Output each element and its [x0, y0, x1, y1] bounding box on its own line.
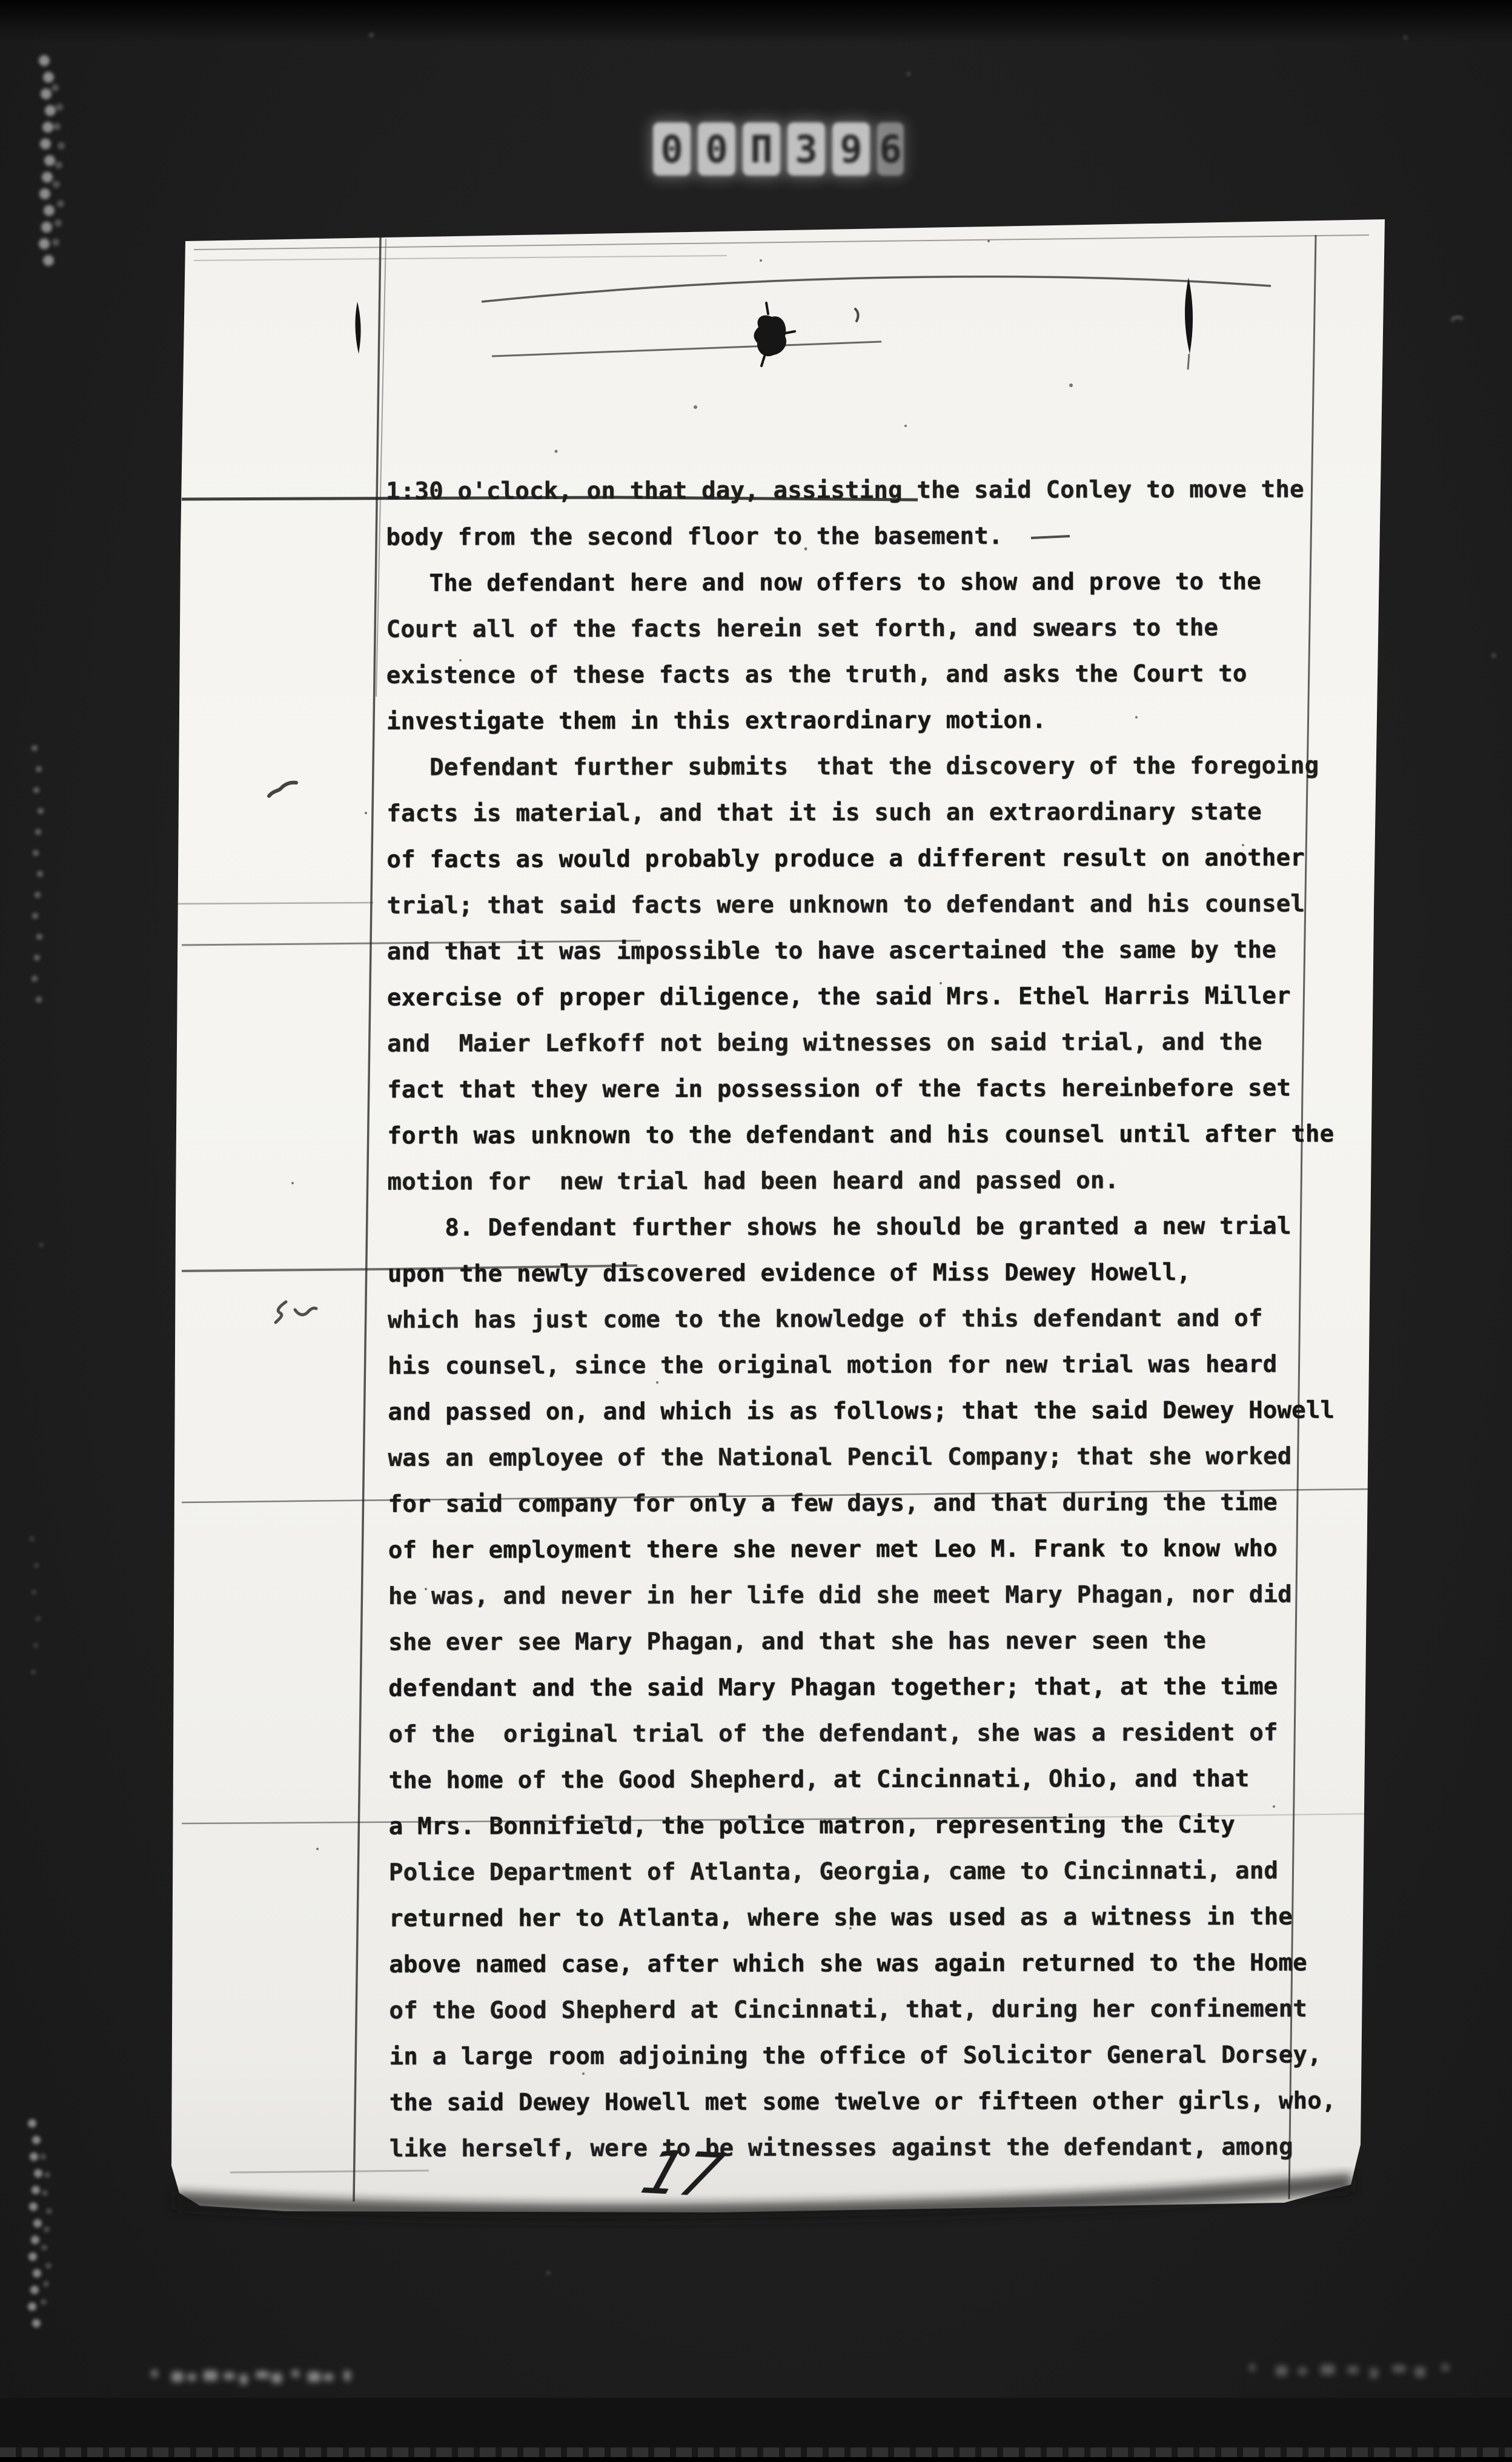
typewritten-line: trial; that said facts were unknown to d… — [386, 881, 1368, 929]
typewritten-line: his counsel, since the original motion f… — [388, 1341, 1369, 1389]
top-edge-line-2 — [194, 256, 727, 260]
right-teardrop-tail — [1188, 354, 1189, 370]
film-edge-streaks — [28, 55, 65, 2328]
typewritten-line: for said company for only a few days, an… — [388, 1479, 1370, 1527]
typewritten-line: a Mrs. Bonnifield, the police matron, re… — [389, 1802, 1370, 1850]
typewritten-line: Police Department of Atlanta, Georgia, c… — [389, 1848, 1370, 1896]
typewritten-text: 1:30 o'clock, on that day, assisting the… — [386, 466, 1371, 2172]
typewritten-line: Court all of the facts herein set forth,… — [386, 605, 1368, 652]
typewritten-line: was an employee of the National Pencil C… — [388, 1433, 1369, 1481]
left-margin-rule — [354, 237, 380, 2202]
typewritten-line: body from the second floor to the baseme… — [386, 513, 1367, 560]
film-white-squiggle — [1451, 317, 1462, 321]
typewritten-line: the home of the Good Shepherd, at Cincin… — [389, 1756, 1370, 1803]
typewritten-line: which has just come to the knowledge of … — [388, 1295, 1369, 1343]
typewritten-line: returned her to Atlanta, where she was u… — [389, 1894, 1370, 1942]
typewritten-line: 1:30 o'clock, on that day, assisting the… — [386, 466, 1367, 514]
pencil-check-mark-2b — [295, 1308, 316, 1315]
typewritten-line: and that it was impossible to have ascer… — [387, 927, 1368, 975]
typewritten-line: investigate them in this extraordinary m… — [386, 697, 1368, 745]
ink-blob-spike-bottom — [761, 356, 764, 366]
page-bottom-fuzz — [174, 2182, 1352, 2213]
typewritten-line: The defendant here and now offers to sho… — [386, 559, 1367, 606]
typewritten-line: in a large room adjoining the office of … — [389, 2032, 1370, 2080]
left-teardrop-mark — [355, 302, 360, 354]
small-hook-mark — [855, 309, 858, 321]
typewritten-line: existence of these facts as the truth, a… — [386, 651, 1368, 698]
typewritten-line: of the Good Shepherd at Cincinnati, that… — [389, 1986, 1370, 2034]
typewritten-line: above named case, after which she was ag… — [389, 1940, 1370, 1988]
typewritten-line: of facts as would probably produce a dif… — [386, 835, 1368, 883]
typewritten-line: 8. Defendant further shows he should be … — [388, 1203, 1369, 1251]
typewritten-line: forth was unknown to the defendant and h… — [387, 1111, 1368, 1159]
typewritten-line: exercise of proper diligence, the said M… — [387, 973, 1368, 1021]
typewritten-line: like herself, were to be witnesses again… — [390, 2124, 1371, 2172]
typewritten-line: of her employment there she never met Le… — [388, 1525, 1370, 1573]
pencil-check-mark-1 — [269, 783, 296, 796]
typewritten-line: facts is material, and that it is such a… — [386, 789, 1368, 837]
typewritten-line: the said Dewey Howell met some twelve or… — [390, 2078, 1371, 2126]
typewritten-line: and Maier Lefkoff not being witnesses on… — [387, 1019, 1368, 1067]
ink-blob — [754, 315, 786, 356]
film-edge-strip — [0, 2447, 1512, 2457]
ink-blob-spike-right — [785, 331, 795, 333]
film-bottom-border — [0, 2457, 1512, 2462]
typewritten-line: Defendant further submits that the disco… — [386, 743, 1368, 791]
typewritten-line: he was, and never in her life did she me… — [388, 1571, 1370, 1619]
microfilm-background: 00Π396 — [0, 0, 1512, 2462]
typewritten-line: of the original trial of the defendant, … — [388, 1710, 1370, 1757]
top-edge-line — [194, 235, 1369, 250]
typewritten-line: and passed on, and which is as follows; … — [388, 1387, 1369, 1435]
typewritten-line: upon the newly discovered evidence of Mi… — [388, 1249, 1369, 1297]
film-edge-code-smudges — [151, 2364, 1449, 2384]
artifact-curve-line — [482, 277, 1271, 302]
typewritten-line: motion for new trial had been heard and … — [387, 1157, 1368, 1205]
ink-blob-tail-top — [766, 303, 768, 314]
typewritten-line: she ever see Mary Phagan, and that she h… — [388, 1618, 1370, 1665]
pencil-check-mark-2 — [276, 1302, 286, 1322]
typewritten-line: fact that they were in possession of the… — [387, 1065, 1368, 1113]
artifact-short-line — [492, 342, 881, 356]
right-teardrop-mark — [1185, 277, 1193, 354]
artifact-line-trial — [172, 903, 373, 904]
typewritten-line: defendant and the said Mary Phagan toget… — [388, 1664, 1370, 1711]
